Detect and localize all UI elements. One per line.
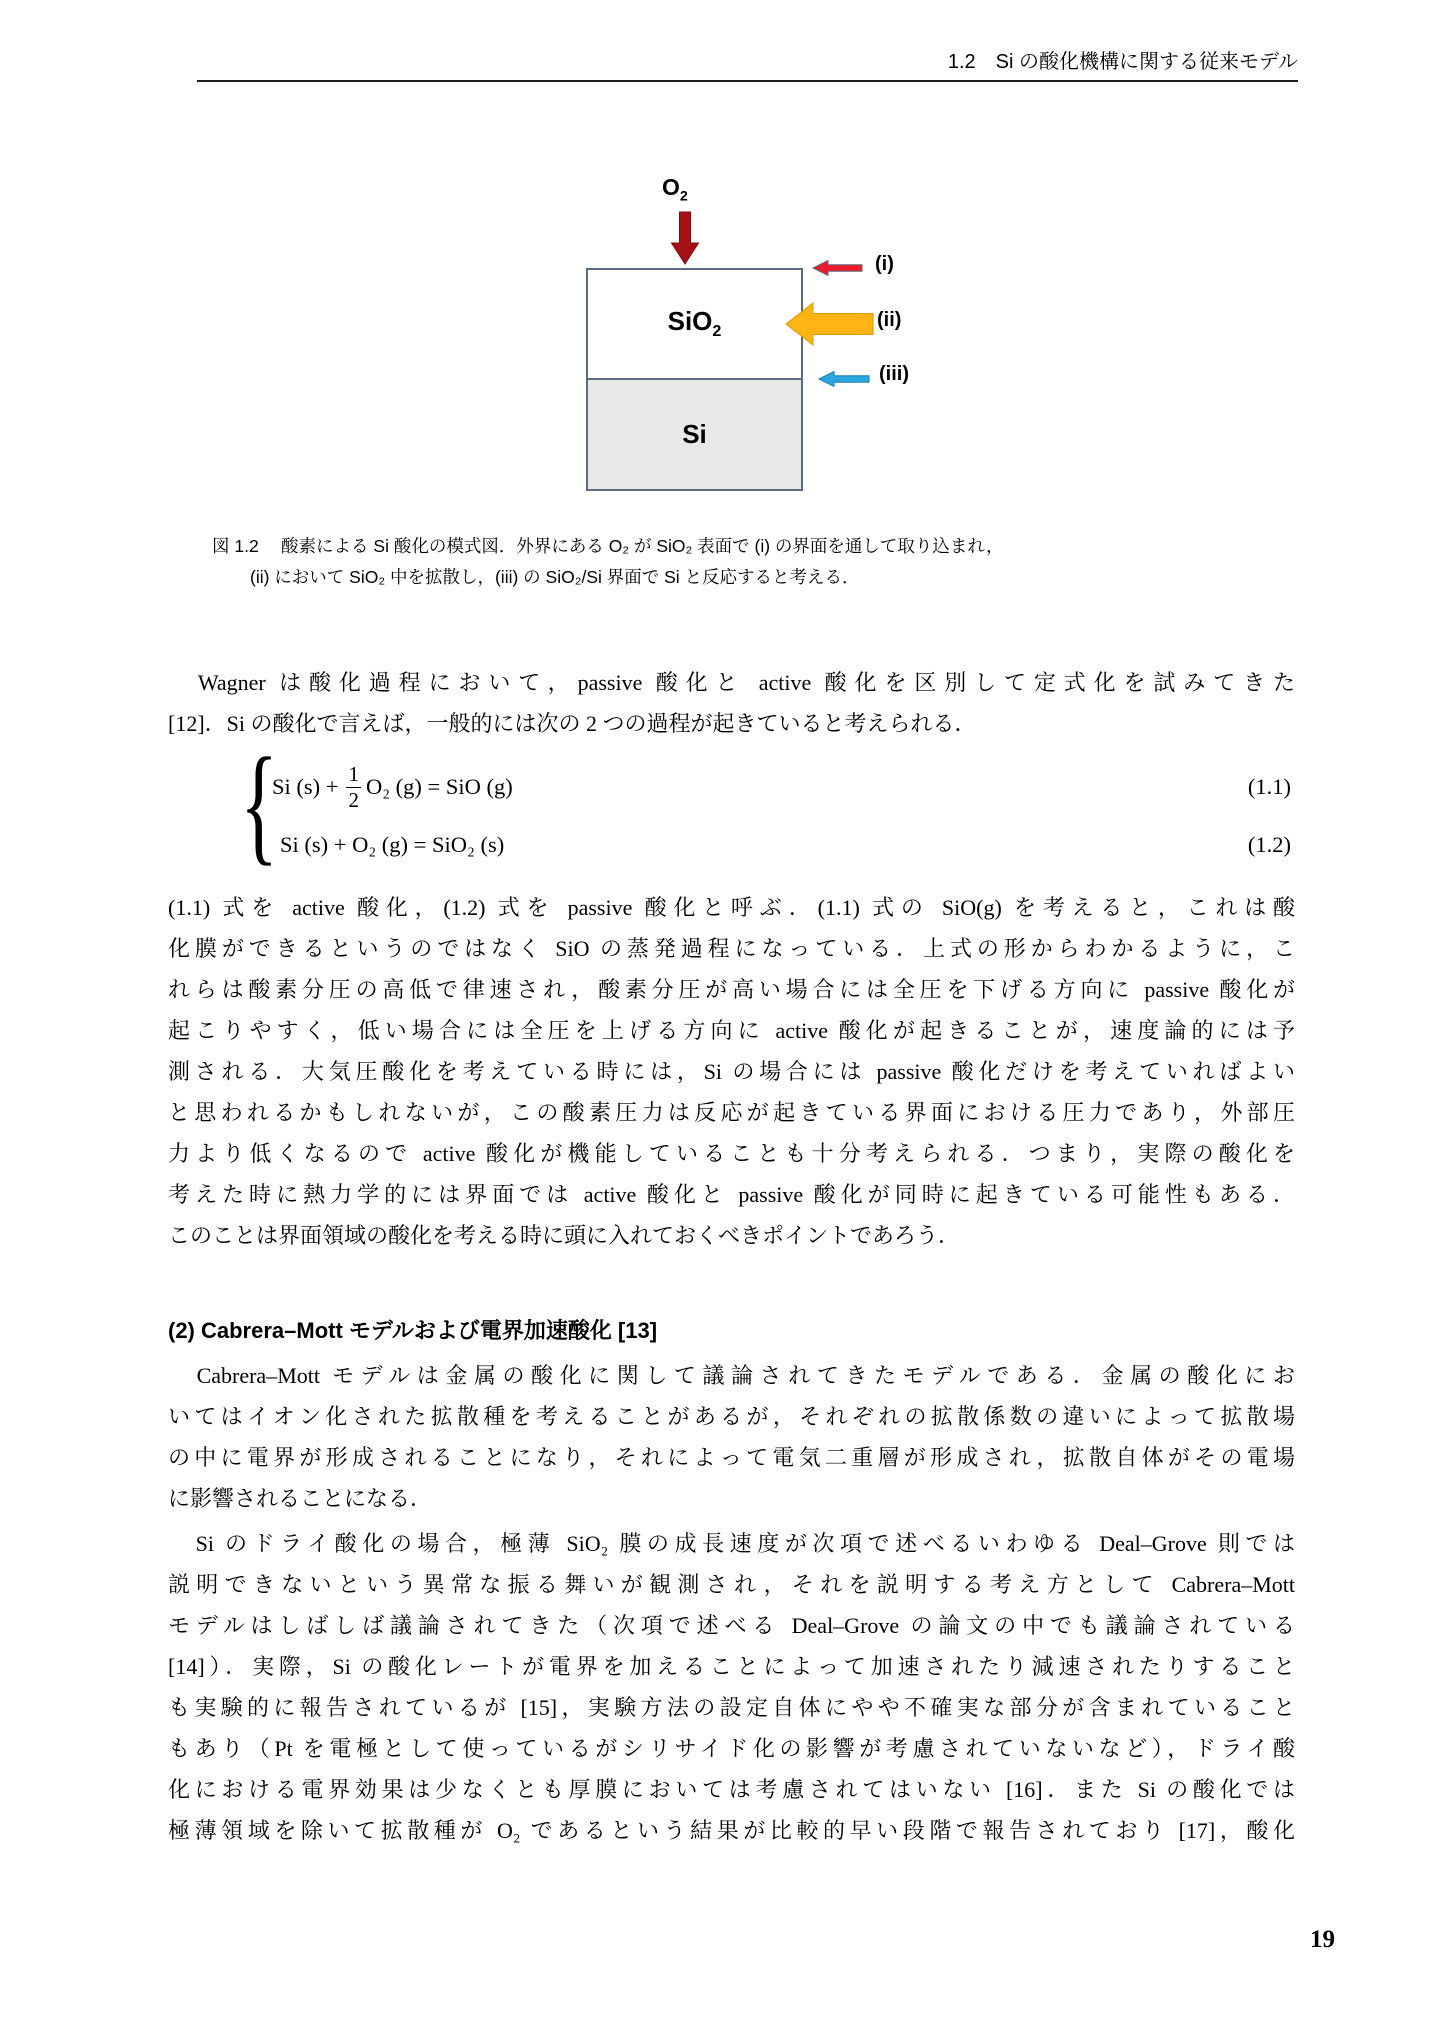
caption-line-1: 図 1.2 酸素による Si 酸化の模式図．外界にある O₂ が SiO₂ 表面… xyxy=(212,531,1298,562)
header-rule xyxy=(197,80,1298,82)
text-line: 力より低くなるので active 酸化が機能していることも十分考えられる．つまり… xyxy=(168,1133,1295,1174)
eq1-lhs: Si (s) + xyxy=(272,774,338,800)
equation-number-1-1: (1.1) xyxy=(1248,774,1291,800)
text-line: [12]．Si の酸化で言えば，一般的には次の 2 つの過程が起きていると考えら… xyxy=(168,703,1295,744)
text-line: いてはイオン化された拡散種を考えることがあるが，それぞれの拡散係数の違いによって… xyxy=(168,1396,1295,1437)
caption-line-2: (ii) において SiO₂ 中を拡散し，(iii) の SiO₂/Si 界面で… xyxy=(212,562,1298,593)
equation-block: { Si (s) + 1 2 O₂ (g) = SiO (g) (1.1) Si… xyxy=(168,748,1295,876)
paragraph-2: (1.1) 式を active 酸化，(1.2) 式を passive 酸化と呼… xyxy=(168,887,1295,1256)
eq1-rhs: O₂ (g) = SiO (g) xyxy=(366,774,513,800)
equation-1-1: Si (s) + 1 2 O₂ (g) = SiO (g) xyxy=(272,754,513,820)
page-number: 19 xyxy=(1240,1926,1335,1954)
figure-caption: 図 1.2 酸素による Si 酸化の模式図．外界にある O₂ が SiO₂ 表面… xyxy=(212,531,1298,593)
equation-1-2: Si (s) + O₂ (g) = SiO₂ (s) xyxy=(280,832,504,858)
si-substrate-box: Si xyxy=(586,378,803,491)
paragraph-3: Cabrera–Mott モデルは金属の酸化に関して議論されてきたモデルである．… xyxy=(168,1355,1295,1519)
sio2-label: SiO2 xyxy=(668,306,722,341)
text-line: このことは界面領域の酸化を考える時に頭に入れておくべきポイントであろう． xyxy=(168,1215,1295,1256)
running-header: 1.2 Si の酸化機構に関する従来モデル xyxy=(168,48,1298,76)
si-label: Si xyxy=(682,419,707,450)
o2-influx-down-arrow xyxy=(672,212,699,264)
equation-number-1-2: (1.2) xyxy=(1248,832,1291,858)
document-page: 1.2 Si の酸化機構に関する従来モデル O2 SiO2 Si (i) (ii… xyxy=(0,0,1433,2024)
text-line: モデルはしばしば議論されてきた（次項で述べる Deal–Grove の論文の中で… xyxy=(168,1605,1295,1646)
text-line: Wagner は酸化過程において，passive 酸化と active 酸化を区… xyxy=(168,662,1295,703)
text-line: 極薄領域を除いて拡散種が O₂ であるという結果が比較的早い段階で報告されており… xyxy=(168,1810,1295,1851)
text-line: に影響されることになる． xyxy=(168,1478,1295,1519)
text-line: も実験的に報告されているが [15]，実験方法の設定自体にやや不確実な部分が含ま… xyxy=(168,1687,1295,1728)
text-line: 測される．大気圧酸化を考えている時には，Si の場合には passive 酸化だ… xyxy=(168,1051,1295,1092)
text-line: (1.1) 式を active 酸化，(1.2) 式を passive 酸化と呼… xyxy=(168,887,1295,928)
text-line: Cabrera–Mott モデルは金属の酸化に関して議論されてきたモデルである．… xyxy=(168,1355,1295,1396)
sio2-layer-box: SiO2 xyxy=(586,268,803,380)
surface-uptake-arrow-i xyxy=(813,261,862,276)
arrow-label-iii: (iii) xyxy=(879,363,909,386)
arrow-label-i: (i) xyxy=(875,253,894,276)
paragraph-1: Wagner は酸化過程において，passive 酸化と active 酸化を区… xyxy=(168,662,1295,744)
text-line: 化膜ができるというのではなく SiO の蒸発過程になっている．上式の形からわかる… xyxy=(168,928,1295,969)
text-line: れらは酸素分圧の高低で律速され，酸素分圧が高い場合には全圧を下げる方向に pas… xyxy=(168,969,1295,1010)
text-line: 考えた時に熱力学的には界面では active 酸化と passive 酸化が同時… xyxy=(168,1174,1295,1215)
subsection-heading: (2) Cabrera–Mott モデルおよび電界加速酸化 [13] xyxy=(168,1314,657,1345)
text-line: もあり（Pt を電極として使っているがシリサイド化の影響が考慮されていないなど）… xyxy=(168,1728,1295,1769)
one-half-fraction: 1 2 xyxy=(346,762,361,813)
text-line: Si のドライ酸化の場合，極薄 SiO₂ 膜の成長速度が次項で述べるいわゆる D… xyxy=(168,1523,1295,1564)
arrow-label-ii: (ii) xyxy=(877,309,901,332)
o2-gas-label: O2 xyxy=(662,174,688,205)
text-line: と思われるかもしれないが，この酸素圧力は反応が起きている界面における圧力であり，… xyxy=(168,1092,1295,1133)
text-line: 説明できないという異常な振る舞いが観測され，それを説明する考え方として Cabr… xyxy=(168,1564,1295,1605)
interface-reaction-arrow-iii xyxy=(819,372,869,387)
paragraph-4: Si のドライ酸化の場合，極薄 SiO₂ 膜の成長速度が次項で述べるいわゆる D… xyxy=(168,1523,1295,1851)
o2-subscript: 2 xyxy=(680,189,688,205)
text-line: [14]）．実際，Si の酸化レートが電界を加えることによって加速されたり減速さ… xyxy=(168,1646,1295,1687)
text-line: の中に電界が形成されることになり，それによって電気二重層が形成され，拡散自体がそ… xyxy=(168,1437,1295,1478)
text-line: 起こりやすく，低い場合には全圧を上げる方向に active 酸化が起きることが，… xyxy=(168,1010,1295,1051)
text-line: 化における電界効果は少なくとも厚膜においては考慮されてはいない [16]．また … xyxy=(168,1769,1295,1810)
